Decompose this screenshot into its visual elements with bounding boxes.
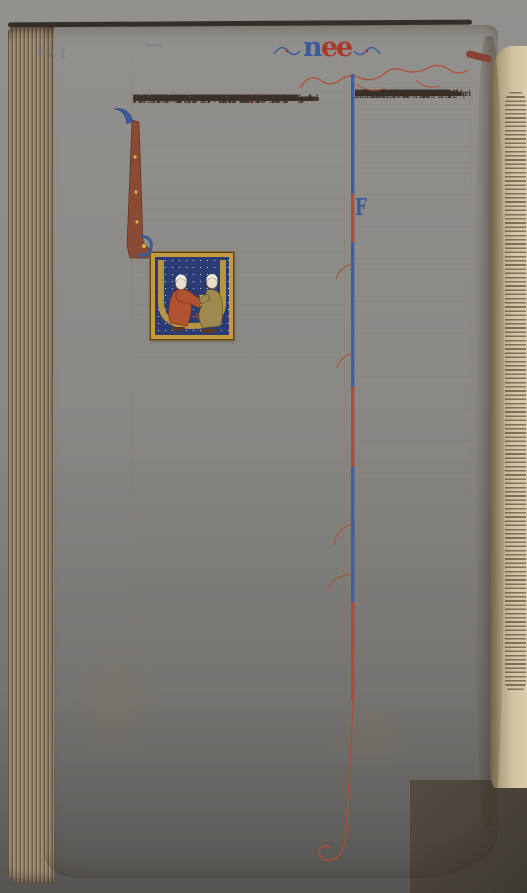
miniature-scene xyxy=(155,257,229,335)
ruling-lines-left xyxy=(131,92,345,658)
ruling-vertical xyxy=(344,60,345,660)
body-text: sum p portas ualle nocte. et ante fontem xyxy=(355,88,457,99)
running-title-letter: n xyxy=(303,33,323,63)
text-line: ti fueritis ad extrema celi. inde congre… xyxy=(133,93,345,104)
king-feet xyxy=(201,329,217,333)
gold-dot xyxy=(134,190,137,193)
gutter-shadow xyxy=(474,36,504,826)
gold-dot xyxy=(135,220,138,223)
facing-page-text-edge xyxy=(505,92,526,692)
manuscript-photo: 178 I n e e lijs erem: eliezer iesue mel… xyxy=(0,0,527,893)
body-text: ti fueritis ad extrema celi. inde congre… xyxy=(133,93,319,103)
miniature-blue-field xyxy=(155,257,229,335)
ruling-lines-right xyxy=(352,87,472,659)
king-head xyxy=(206,277,217,288)
margin-ascender-ornament xyxy=(108,102,156,262)
parchment-stain xyxy=(70,640,160,760)
historiated-initial-miniature xyxy=(150,252,234,340)
running-title-letter: e xyxy=(336,33,353,63)
header-flourish-left-icon xyxy=(272,40,302,62)
cupbearer-head xyxy=(175,278,186,289)
gold-dot xyxy=(133,155,136,158)
header-flourish-right-icon xyxy=(352,40,382,62)
cupbearer-feet xyxy=(171,327,185,331)
gold-dot xyxy=(142,244,146,248)
quire-mark: I xyxy=(138,42,164,62)
parchment-stain xyxy=(330,700,410,770)
pencil-folio-number: 178 xyxy=(24,37,69,59)
chapter-initial: F xyxy=(355,194,367,221)
ascender-blue-leaf xyxy=(114,109,133,125)
text-line: sum p portas ualle nocte. et ante fontem xyxy=(355,88,471,99)
ruling-vertical xyxy=(470,60,471,660)
